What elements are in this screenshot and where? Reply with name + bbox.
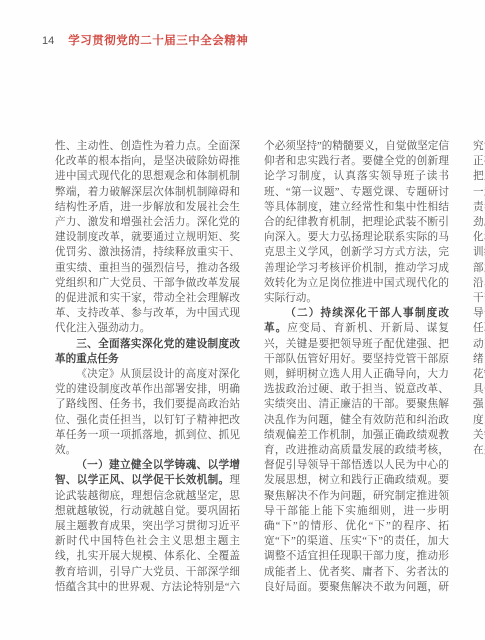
- page-number: 14: [42, 35, 54, 47]
- section-heading: 三、全面落实深化党的建设制度改革的重点任务: [55, 337, 240, 367]
- running-header-title: 学习贯彻党的二十届三中全会精神: [68, 32, 248, 48]
- document-page: 14 学习贯彻党的二十届三中全会精神 性、主动性、创造性为着力点。全面深化改革的…: [0, 0, 485, 640]
- running-header: 14 学习贯彻党的二十届三中全会精神: [42, 32, 445, 48]
- body-text-columns: 性、主动性、创造性为着力点。全面深化改革的根本指向，是坚决破除妨碍推进中国式现代…: [55, 139, 449, 607]
- continuation-paragraph: 性、主动性、创造性为着力点。全面深化改革的根本指向，是坚决破除妨碍推进中国式现代…: [55, 139, 240, 337]
- intro-paragraph: 《决定》从顶层设计的高度对深化党的建设制度改革作出部署安排，明确了路线图、任务书…: [55, 367, 240, 458]
- item-one-lead: （一）建立健全以学铸魂、以学增智、以学正风、以学促干长效机制。: [55, 460, 240, 486]
